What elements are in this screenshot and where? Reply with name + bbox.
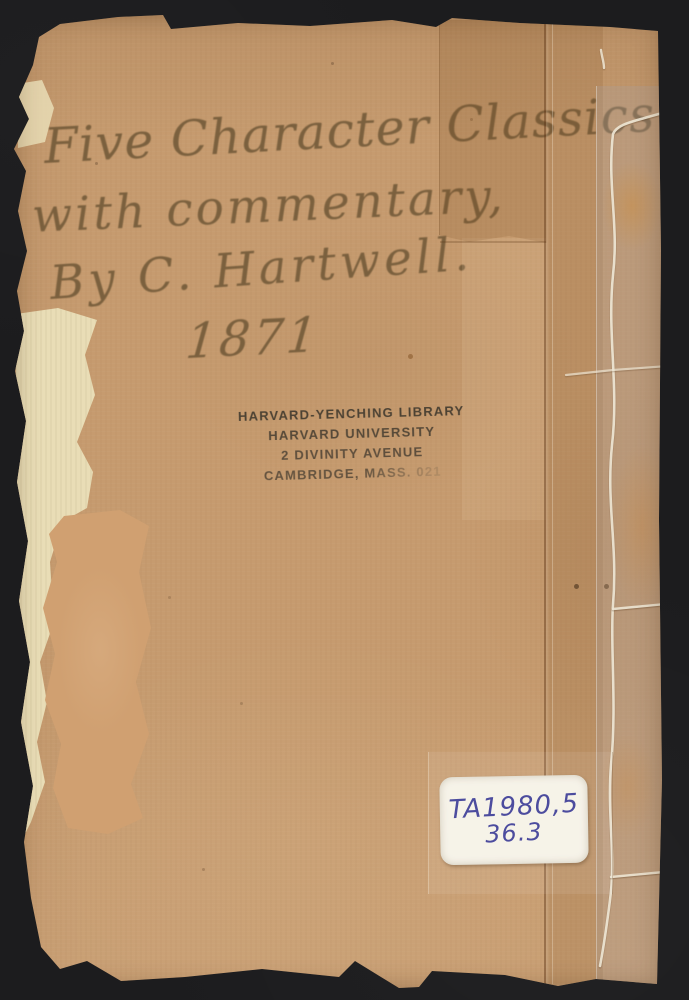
book-cover: Five Character Classics with commentary,… (0, 0, 689, 1000)
library-stamp: HARVARD-YENCHING LIBRARY HARVARD UNIVERS… (231, 401, 473, 487)
handwritten-year: 1871 (184, 307, 323, 370)
tape-ghost-band (462, 238, 546, 520)
tape-edge-line (440, 241, 546, 243)
paper-specks (0, 0, 3, 3)
tape-top-right (439, 20, 548, 243)
label-tape (428, 752, 613, 894)
scanned-book-cover-page: Five Character Classics with commentary,… (0, 0, 689, 1000)
